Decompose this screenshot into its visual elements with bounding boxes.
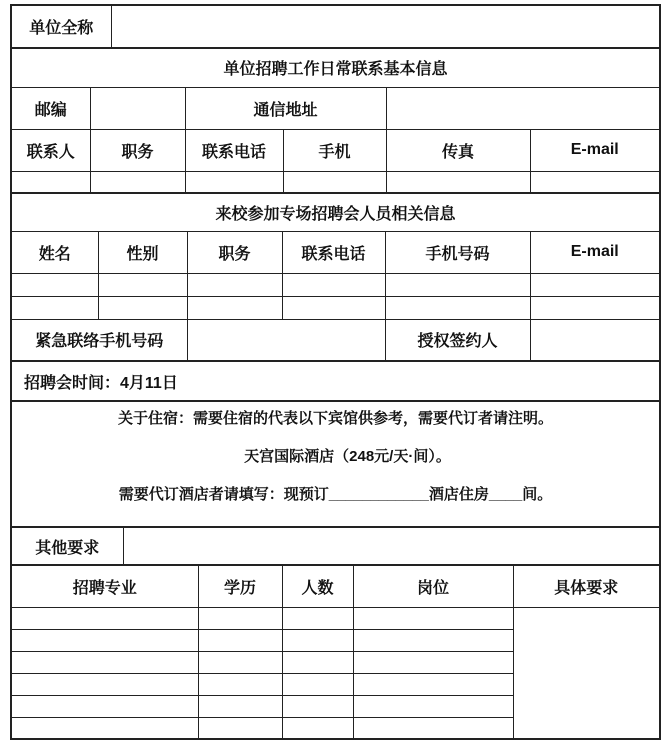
accommodation-intro-line: 关于住宿：需要住宿的代表以下宾馆供参考，需要代订者请注明。 — [14, 407, 657, 428]
hotel-booking-fill-line[interactable]: 需要代订酒店者请填写：现预订____________酒店住房____间。 — [14, 483, 657, 504]
fax-input-cell[interactable] — [386, 171, 530, 193]
attendee-position-input-cell[interactable] — [187, 273, 282, 296]
headcount-input-cell[interactable] — [282, 717, 353, 739]
major-input-cell[interactable] — [11, 717, 198, 739]
email-header: E-mail — [530, 231, 660, 273]
mailing-address-label: 通信地址 — [185, 87, 386, 129]
major-header: 招聘专业 — [11, 565, 198, 607]
headcount-input-cell[interactable] — [282, 651, 353, 673]
headcount-input-cell[interactable] — [282, 695, 353, 717]
attendee-gender-input-cell[interactable] — [98, 296, 187, 319]
attendee-phone-input-cell[interactable] — [282, 296, 385, 319]
headcount-input-cell[interactable] — [282, 673, 353, 695]
headcount-header: 人数 — [282, 565, 353, 607]
attendee-name-input-cell[interactable] — [11, 296, 98, 319]
positions-table: 招聘专业 学历 人数 岗位 具体要求 — [10, 564, 661, 740]
attendee-row — [11, 273, 660, 296]
attendee-email-input-cell[interactable] — [530, 273, 660, 296]
attendee-position-input-cell[interactable] — [187, 296, 282, 319]
authorized-signer-input-cell[interactable] — [530, 319, 660, 361]
position-header: 职务 — [90, 129, 185, 171]
post-input-cell[interactable] — [353, 717, 513, 739]
attendee-phone-input-cell[interactable] — [282, 273, 385, 296]
mobile-input-cell[interactable] — [283, 171, 386, 193]
position-row — [11, 607, 660, 629]
position-header: 职务 — [187, 231, 282, 273]
headcount-input-cell[interactable] — [282, 607, 353, 629]
daily-contact-section-title: 单位招聘工作日常联系基本信息 — [11, 48, 660, 87]
email-input-cell[interactable] — [530, 171, 660, 193]
post-header: 岗位 — [353, 565, 513, 607]
attendee-email-input-cell[interactable] — [530, 296, 660, 319]
specific-requirements-input-cell[interactable] — [513, 607, 660, 739]
fair-time-table: 招聘会时间：4月11日 — [10, 360, 661, 402]
attendees-section-title: 来校参加专场招聘会人员相关信息 — [11, 193, 660, 231]
headcount-input-cell[interactable] — [282, 629, 353, 651]
attendee-row — [11, 296, 660, 319]
attendees-table: 来校参加专场招聘会人员相关信息 姓名 性别 职务 联系电话 手机号码 E-mai… — [10, 192, 661, 362]
education-input-cell[interactable] — [198, 607, 282, 629]
major-input-cell[interactable] — [11, 673, 198, 695]
company-name-table: 单位全称 — [10, 4, 661, 49]
post-input-cell[interactable] — [353, 651, 513, 673]
attendee-name-input-cell[interactable] — [11, 273, 98, 296]
major-input-cell[interactable] — [11, 695, 198, 717]
other-requirements-table: 其他要求 — [10, 526, 661, 566]
emergency-mobile-label: 紧急联络手机号码 — [11, 319, 187, 361]
post-input-cell[interactable] — [353, 629, 513, 651]
company-name-label: 单位全称 — [11, 5, 111, 48]
specific-requirements-header: 具体要求 — [513, 565, 660, 607]
company-name-input-cell[interactable] — [111, 5, 660, 48]
education-input-cell[interactable] — [198, 651, 282, 673]
postal-code-input-cell[interactable] — [90, 87, 185, 129]
attendee-mobile-input-cell[interactable] — [385, 273, 530, 296]
post-input-cell[interactable] — [353, 673, 513, 695]
fax-header: 传真 — [386, 129, 530, 171]
education-input-cell[interactable] — [198, 673, 282, 695]
recruitment-registration-form: 单位全称 单位招聘工作日常联系基本信息 邮编 通信地址 联系人 职务 联系电话 … — [0, 0, 671, 738]
postal-code-label: 邮编 — [11, 87, 90, 129]
phone-input-cell[interactable] — [185, 171, 283, 193]
accommodation-table: 关于住宿：需要住宿的代表以下宾馆供参考，需要代订者请注明。 天宫国际酒店（248… — [10, 400, 661, 528]
daily-contact-table: 单位招聘工作日常联系基本信息 邮编 通信地址 联系人 职务 联系电话 手机 传真… — [10, 47, 661, 194]
post-input-cell[interactable] — [353, 607, 513, 629]
name-header: 姓名 — [11, 231, 98, 273]
authorized-signer-label: 授权签约人 — [385, 319, 530, 361]
education-input-cell[interactable] — [198, 695, 282, 717]
attendee-gender-input-cell[interactable] — [98, 273, 187, 296]
phone-header: 联系电话 — [185, 129, 283, 171]
major-input-cell[interactable] — [11, 629, 198, 651]
phone-header: 联系电话 — [282, 231, 385, 273]
post-input-cell[interactable] — [353, 695, 513, 717]
position-input-cell[interactable] — [90, 171, 185, 193]
mailing-address-input-cell[interactable] — [386, 87, 660, 129]
gender-header: 性别 — [98, 231, 187, 273]
contact-person-input-cell[interactable] — [11, 171, 90, 193]
attendee-mobile-input-cell[interactable] — [385, 296, 530, 319]
education-header: 学历 — [198, 565, 282, 607]
education-input-cell[interactable] — [198, 629, 282, 651]
major-input-cell[interactable] — [11, 651, 198, 673]
mobile-number-header: 手机号码 — [385, 231, 530, 273]
mobile-header: 手机 — [283, 129, 386, 171]
email-header: E-mail — [530, 129, 660, 171]
fair-time-text: 招聘会时间：4月11日 — [11, 361, 660, 401]
education-input-cell[interactable] — [198, 717, 282, 739]
accommodation-notice-cell: 关于住宿：需要住宿的代表以下宾馆供参考，需要代订者请注明。 天宫国际酒店（248… — [11, 401, 660, 527]
hotel-price-line: 天宫国际酒店（248元/天·间）。 — [14, 445, 657, 466]
major-input-cell[interactable] — [11, 607, 198, 629]
other-requirements-label: 其他要求 — [11, 527, 123, 565]
contact-person-header: 联系人 — [11, 129, 90, 171]
emergency-mobile-input-cell[interactable] — [187, 319, 385, 361]
other-requirements-input-cell[interactable] — [123, 527, 660, 565]
